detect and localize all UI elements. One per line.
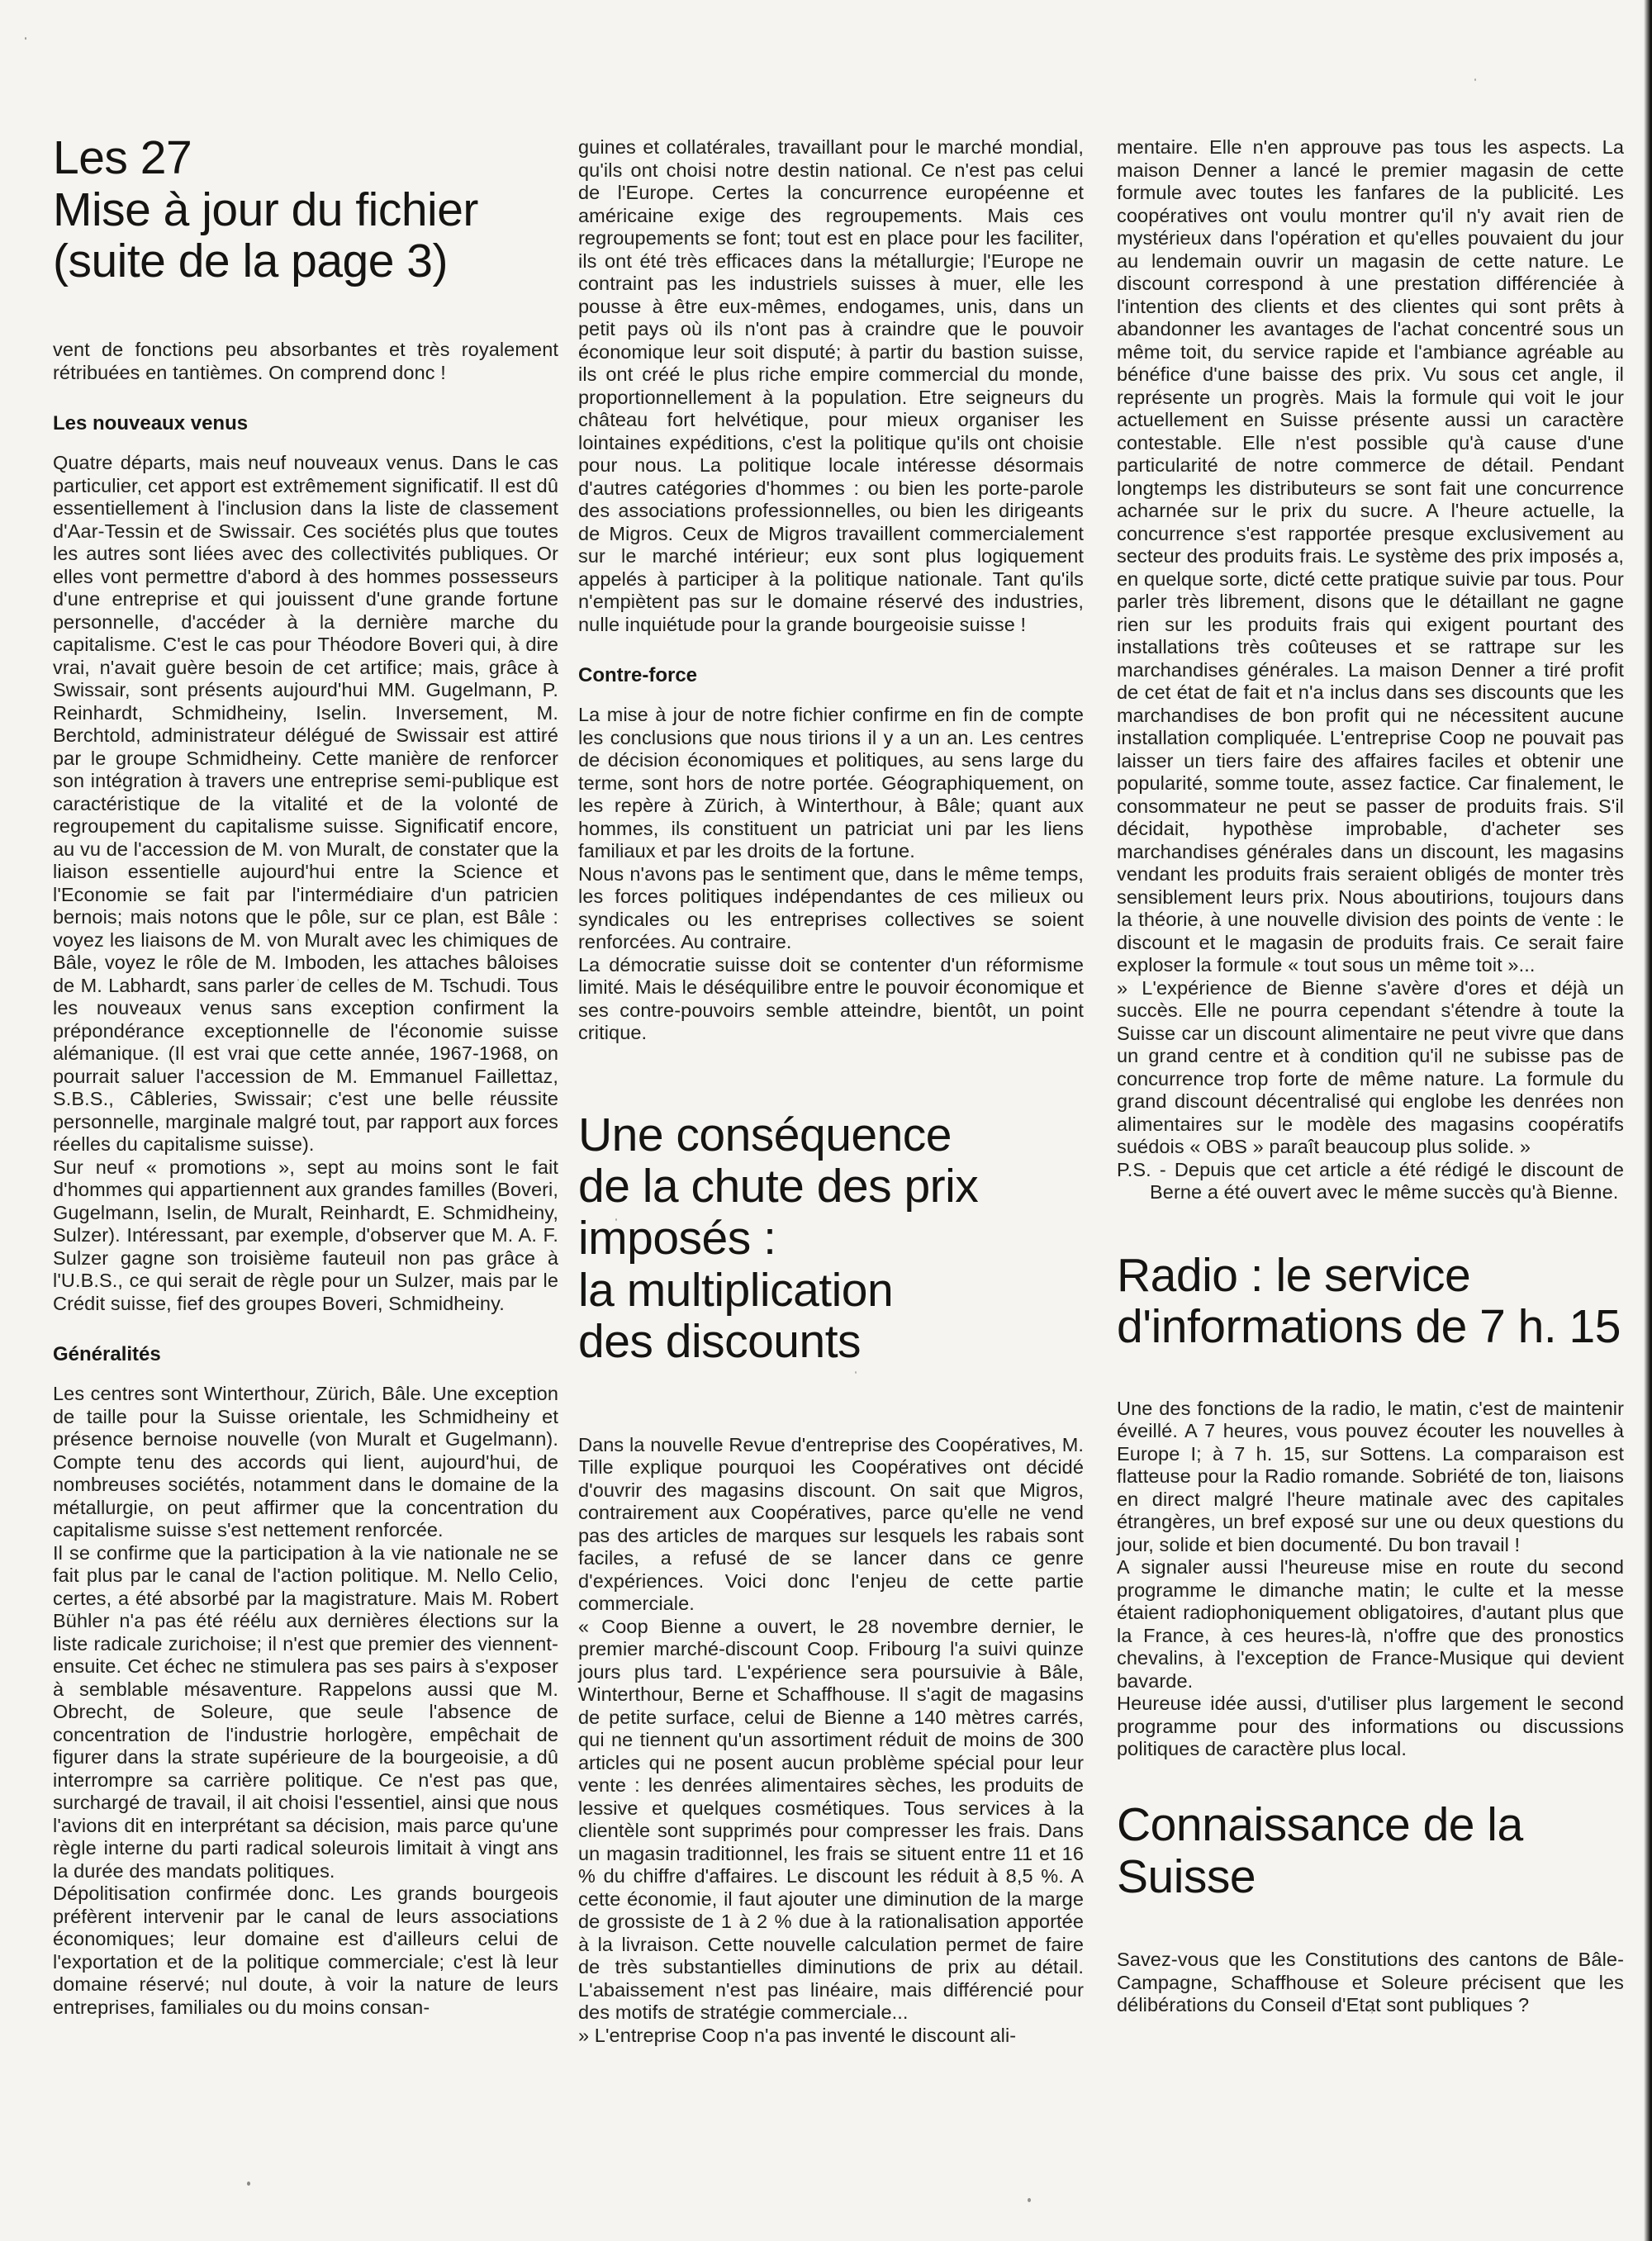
title-line: de la chute des prix — [578, 1161, 1084, 1213]
paragraph: Savez-vous que les Constitutions des can… — [1117, 1949, 1624, 2017]
continuation-text: mentaire. Elle n'en approuve pas tous le… — [1117, 136, 1624, 1204]
quote-paragraph: « Coop Bienne a ouvert, le 28 novembre d… — [578, 1616, 1084, 2025]
article-title-les-27: Les 27 Mise à jour du fichier (suite de … — [53, 132, 558, 287]
paragraph: Heureuse idée aussi, d'utiliser plus lar… — [1117, 1693, 1624, 1761]
subhead-les-nouveaux-venus: Les nouveaux venus — [53, 412, 558, 435]
column-left: Les 27 Mise à jour du fichier (suite de … — [53, 132, 558, 2019]
paragraph: mentaire. Elle n'en approuve pas tous le… — [1117, 136, 1624, 977]
section-body: Quatre départs, mais neuf nouveaux venus… — [53, 452, 558, 1315]
title-line: la multiplication — [578, 1265, 1084, 1317]
paragraph: Quatre départs, mais neuf nouveaux venus… — [53, 452, 558, 1156]
subhead-generalites: Généralités — [53, 1343, 558, 1366]
paragraph: Dans la nouvelle Revue d'entreprise des … — [578, 1434, 1084, 1616]
lead-paragraph: vent de fonctions peu absorbantes et trè… — [53, 339, 558, 384]
title-line: Radio : le service — [1117, 1250, 1624, 1302]
paragraph: A signaler aussi l'heureuse mise en rout… — [1117, 1556, 1624, 1693]
paragraph: La démocratie suisse doit se contenter d… — [578, 954, 1084, 1045]
article-title-discounts: Une conséquence de la chute des prix imp… — [578, 1109, 1084, 1368]
newspaper-page: Les 27 Mise à jour du fichier (suite de … — [0, 0, 1652, 2241]
article-title-connaissance-suisse: Connaissance de la Suisse — [1117, 1799, 1624, 1902]
title-line: des discounts — [578, 1316, 1084, 1368]
continuation-text: guines et collatérales, travaillant pour… — [578, 136, 1084, 636]
paragraph: Il se confirme que la participation à la… — [53, 1542, 558, 1883]
scan-edge-artifact — [1644, 0, 1652, 2241]
title-line: d'informations de 7 h. 15 — [1117, 1301, 1624, 1353]
section-body: La mise à jour de notre fichier confirme… — [578, 704, 1084, 1045]
column-middle: guines et collatérales, travaillant pour… — [578, 136, 1084, 2047]
paragraph: guines et collatérales, travaillant pour… — [578, 136, 1084, 636]
postscript-paragraph: P.S. - Depuis que cet article a été rédi… — [1117, 1159, 1624, 1204]
article-body-radio: Une des fonctions de la radio, le matin,… — [1117, 1398, 1624, 1761]
article-title-radio: Radio : le service d'informations de 7 h… — [1117, 1250, 1624, 1353]
article-body-discounts: Dans la nouvelle Revue d'entreprise des … — [578, 1434, 1084, 2048]
paragraph: Nous n'avons pas le sentiment que, dans … — [578, 863, 1084, 954]
title-line: Connaissance de la — [1117, 1799, 1624, 1851]
title-line: Suisse — [1117, 1851, 1624, 1903]
title-line: Mise à jour du fichier — [53, 184, 558, 236]
quote-paragraph: » L'expérience de Bienne s'avère d'ores … — [1117, 977, 1624, 1159]
title-line: Une conséquence — [578, 1109, 1084, 1161]
article-body-connaissance-suisse: Savez-vous que les Constitutions des can… — [1117, 1949, 1624, 2017]
title-line: imposés : — [578, 1213, 1084, 1265]
paragraph: » L'entreprise Coop n'a pas inventé le d… — [578, 2025, 1084, 2048]
paragraph: Les centres sont Winterthour, Zürich, Bâ… — [53, 1383, 558, 1542]
paragraph: Sur neuf « promotions », sept au moins s… — [53, 1156, 558, 1316]
paragraph: La mise à jour de notre fichier confirme… — [578, 704, 1084, 863]
paragraph: Une des fonctions de la radio, le matin,… — [1117, 1398, 1624, 1557]
column-right: mentaire. Elle n'en approuve pas tous le… — [1117, 136, 1624, 2017]
scan-noise-speckles — [0, 0, 2, 2]
subhead-contre-force: Contre-force — [578, 664, 1084, 687]
title-line: (suite de la page 3) — [53, 235, 558, 287]
title-line: Les 27 — [53, 132, 558, 184]
section-body: Les centres sont Winterthour, Zürich, Bâ… — [53, 1383, 558, 2019]
paragraph: Dépolitisation confirmée donc. Les grand… — [53, 1883, 558, 2019]
